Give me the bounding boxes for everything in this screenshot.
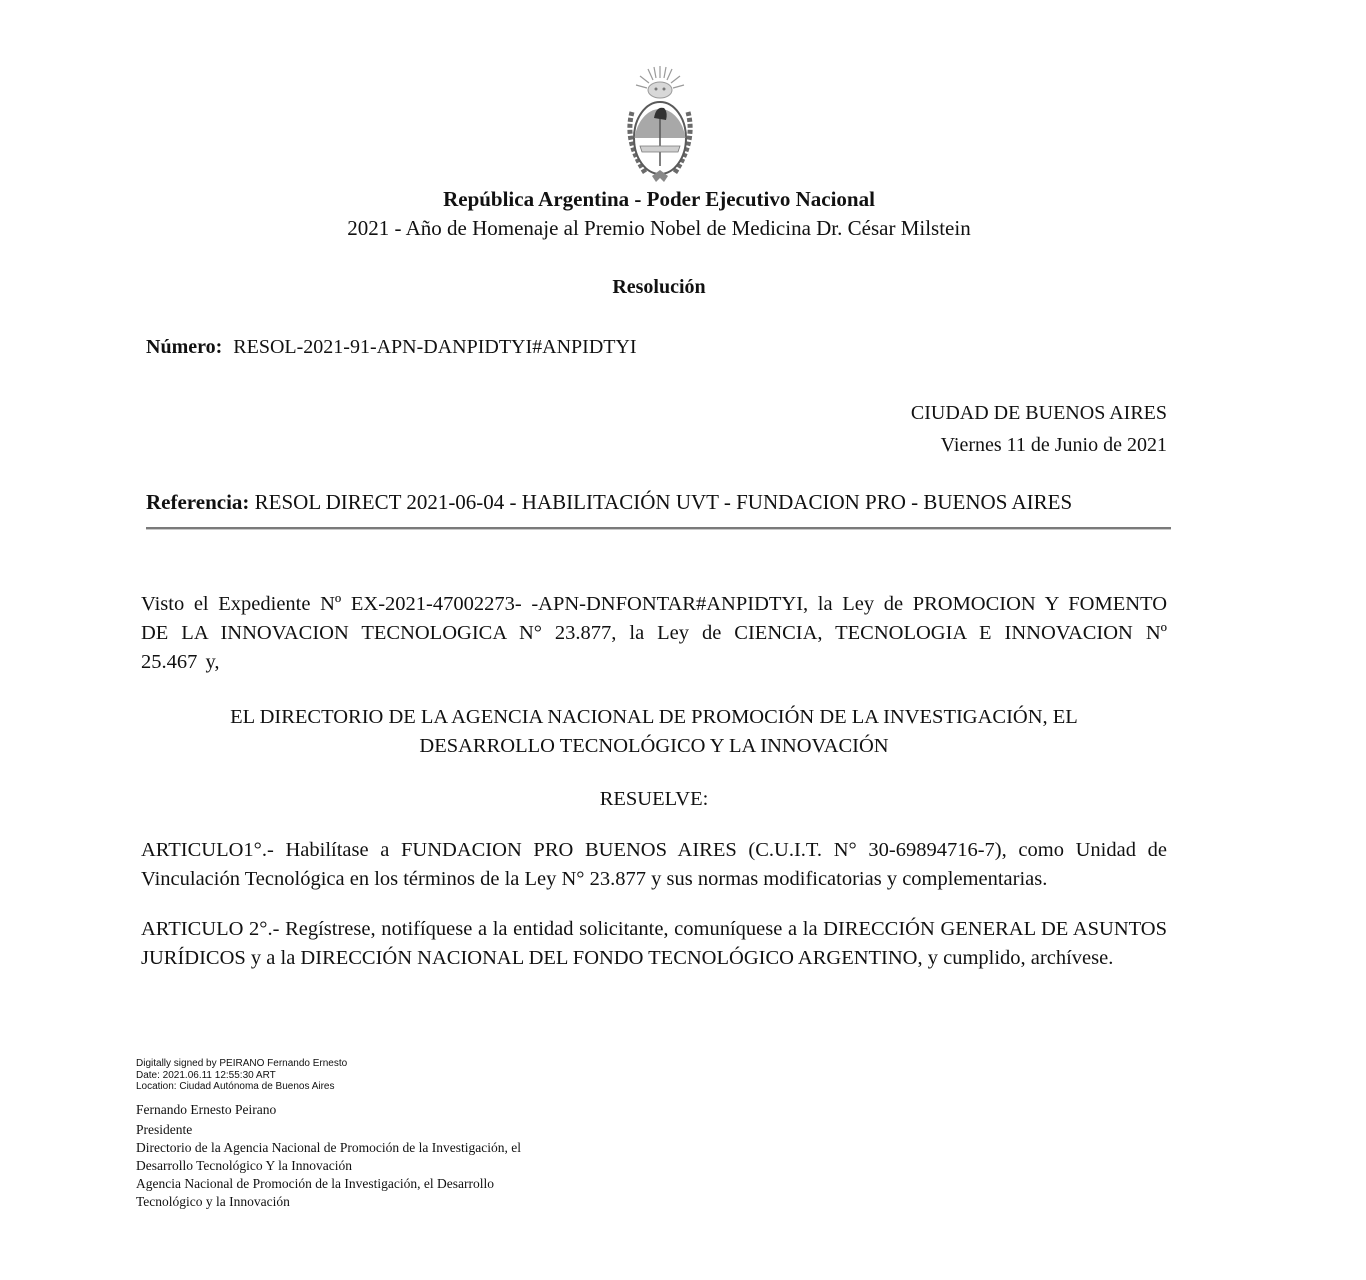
referencia-value: RESOL DIRECT 2021-06-04 - HABILITACIÓN U…	[255, 490, 1073, 514]
articulo-1: ARTICULO1°.- Habilítase a FUNDACION PRO …	[141, 836, 1167, 894]
numero-value: RESOL-2021-91-APN-DANPIDTYI#ANPIDTYI	[233, 336, 636, 358]
document-number: Número: RESOL-2021-91-APN-DANPIDTYI#ANPI…	[146, 334, 637, 360]
digital-signed-by: Digitally signed by PEIRANO Fernando Ern…	[136, 1058, 347, 1070]
date: Viernes 11 de Junio de 2021	[911, 429, 1167, 461]
referencia-label: Referencia:	[146, 490, 249, 514]
signer-org-line-3: Agencia Nacional de Promoción de la Inve…	[136, 1175, 521, 1193]
signer-org-line-2: Desarrollo Tecnológico Y la Innovación	[136, 1157, 521, 1175]
digital-signed-location: Location: Ciudad Autónoma de Buenos Aire…	[136, 1081, 347, 1093]
signer-org-line-4: Tecnológico y la Innovación	[136, 1193, 521, 1211]
header-title: República Argentina - Poder Ejecutivo Na…	[0, 186, 1318, 212]
articulo-2: ARTICULO 2°.- Regístrese, notifíquese a …	[141, 915, 1167, 973]
visto-paragraph: Visto el Expediente Nº EX-2021-47002273-…	[141, 590, 1167, 677]
header-divider	[146, 527, 1171, 530]
place-date: CIUDAD DE BUENOS AIRES Viernes 11 de Jun…	[911, 397, 1167, 461]
digital-signature-stamp: Digitally signed by PEIRANO Fernando Ern…	[136, 1058, 347, 1093]
signature-block: Fernando Ernesto Peirano Presidente Dire…	[136, 1101, 521, 1211]
signer-name: Fernando Ernesto Peirano	[136, 1101, 521, 1119]
numero-label: Número:	[146, 336, 222, 358]
document-type: Resolución	[0, 275, 1318, 299]
directorio-line-2: DESARROLLO TECNOLÓGICO Y LA INNOVACIÓN	[141, 732, 1167, 761]
digital-signed-date: Date: 2021.06.11 12:55:30 ART	[136, 1070, 347, 1082]
directorio-line-1: EL DIRECTORIO DE LA AGENCIA NACIONAL DE …	[141, 703, 1167, 732]
signer-role: Presidente	[136, 1121, 521, 1139]
city: CIUDAD DE BUENOS AIRES	[911, 397, 1167, 429]
argentina-coat-of-arms-icon	[618, 62, 702, 186]
directorio-heading: EL DIRECTORIO DE LA AGENCIA NACIONAL DE …	[141, 703, 1167, 761]
header-subtitle: 2021 - Año de Homenaje al Premio Nobel d…	[0, 215, 1318, 241]
resuelve-heading: RESUELVE:	[141, 785, 1167, 814]
signer-org-line-1: Directorio de la Agencia Nacional de Pro…	[136, 1139, 521, 1157]
reference: Referencia: RESOL DIRECT 2021-06-04 - HA…	[146, 489, 1072, 515]
